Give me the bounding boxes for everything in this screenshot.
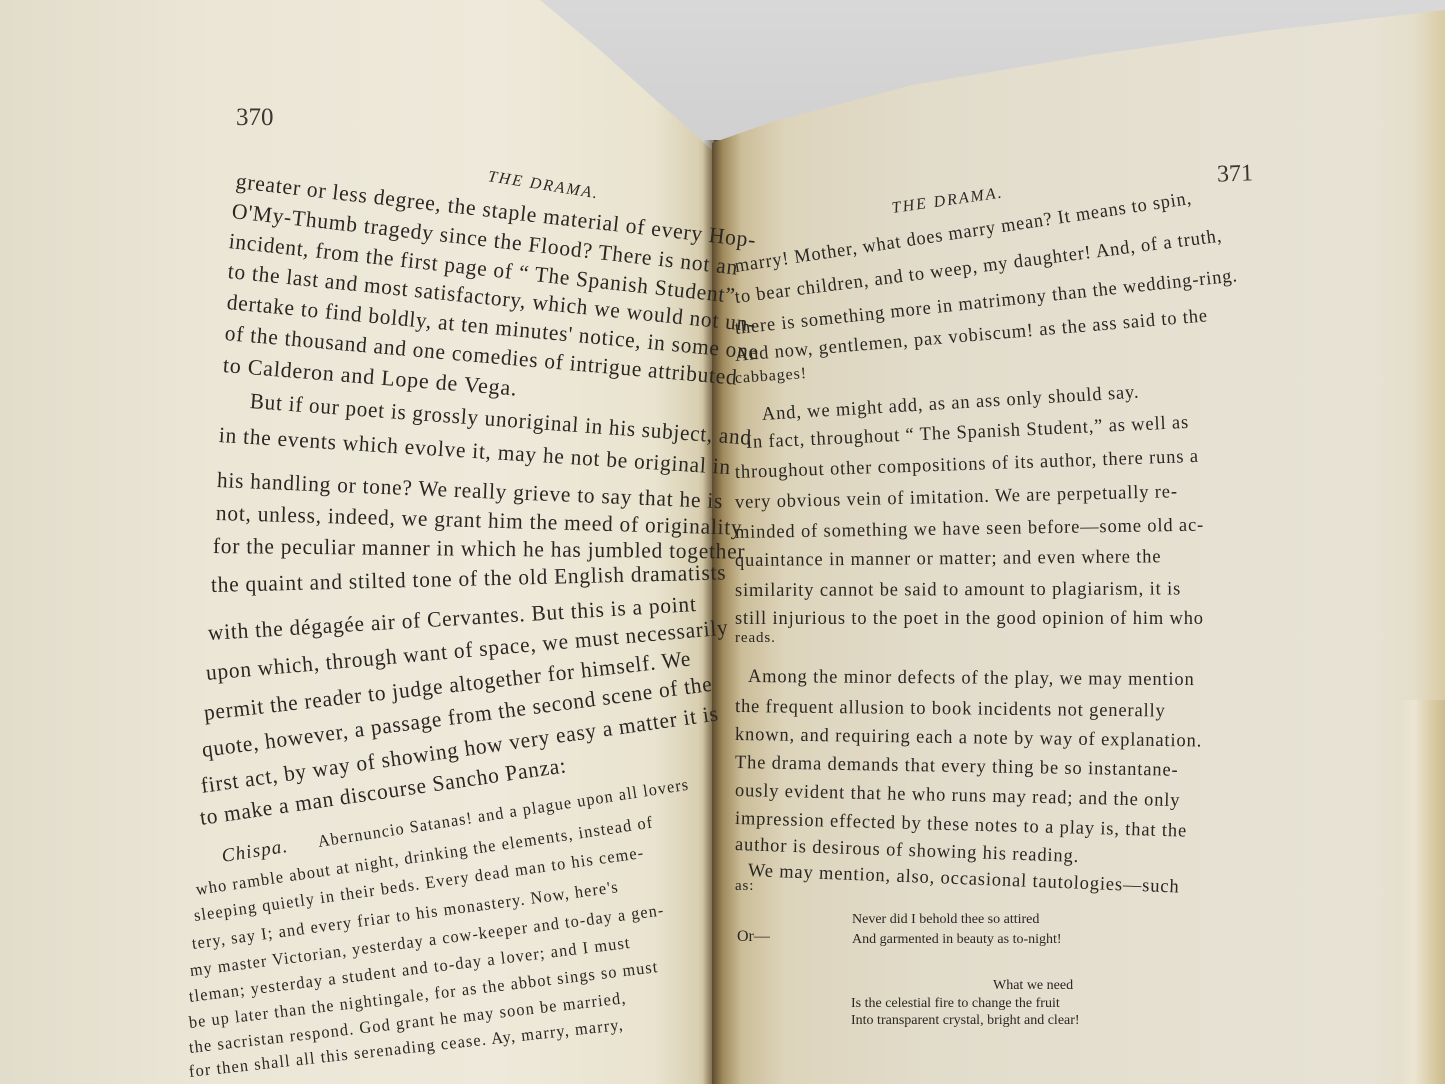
- poem-line: What we need: [993, 978, 1073, 994]
- page-edge: [1400, 700, 1445, 1084]
- right-line: as:: [735, 878, 754, 895]
- poem-line: Is the celestial fire to change the frui…: [851, 996, 1060, 1012]
- right-line: the frequent allusion to book incidents …: [735, 696, 1166, 723]
- right-line: similarity cannot be said to amount to p…: [735, 578, 1181, 602]
- right-line: still injurious to the poet in the good …: [735, 608, 1204, 630]
- right-line: quaintance in manner or matter; and even…: [735, 546, 1162, 572]
- left-line: for the peculiar manner in which he has …: [213, 533, 746, 565]
- poem-line: And garmented in beauty as to-night!: [852, 932, 1062, 948]
- right-page-number: 371: [1217, 160, 1254, 188]
- or-label: Or—: [737, 928, 770, 946]
- right-line: Among the minor defects of the play, we …: [748, 666, 1195, 691]
- left-page-number: 370: [236, 104, 274, 132]
- right-line: reads.: [735, 630, 776, 647]
- poem-line: Into transparent crystal, bright and cle…: [851, 1013, 1080, 1029]
- poem-line: Never did I behold thee so attired: [852, 912, 1039, 928]
